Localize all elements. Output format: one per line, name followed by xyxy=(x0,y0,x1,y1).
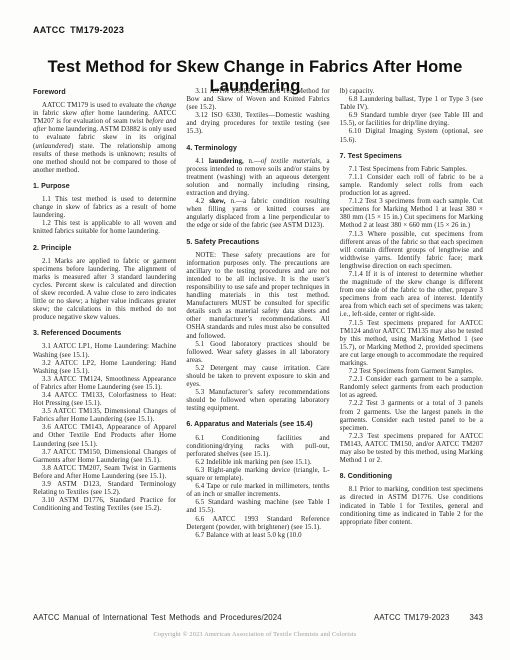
paragraph: 5.1 Good laboratory practices should be … xyxy=(186,341,329,365)
paragraph: 3.3 AATCC TM124, Smoothness Appearance o… xyxy=(33,376,176,392)
column-1: ForewordAATCC TM179 is used to evaluate … xyxy=(33,88,176,609)
paragraph: 6.3 Right-angle marking device (triangle… xyxy=(186,467,329,483)
paragraph: 6.2 Indelible ink marking pen (see 15.1)… xyxy=(186,459,329,467)
paragraph: 2.1 Marks are applied to fabric or garme… xyxy=(33,258,176,323)
paragraph: 3.1 AATCC LP1, Home Laundering: Machine … xyxy=(33,343,176,359)
paragraph: 1.1 This test method is used to determin… xyxy=(33,196,176,220)
section-heading: 1. Purpose xyxy=(33,183,176,191)
paragraph: 6.7 Balance with at least 5.0 kg (10.0 xyxy=(186,532,329,540)
paragraph: 6.9 Standard tumble dryer (see Table III… xyxy=(340,112,483,128)
paragraph: 7.1.1 Consider each roll of fabric to be… xyxy=(340,174,483,198)
paragraph: 3.6 AATCC TM143, Appearance of Apparel a… xyxy=(33,424,176,448)
paragraph: 7.1.5 Test specimens prepared for AATCC … xyxy=(340,320,483,369)
paragraph: 3.8 AATCC TM207, Seam Twist in Garments … xyxy=(33,465,176,481)
footer-right-group: AATCC TM179-2023 343 xyxy=(374,613,483,622)
paragraph: 3.7 AATCC TM150, Dimensional Changes of … xyxy=(33,449,176,465)
paragraph: 1.2 This test is applicable to all woven… xyxy=(33,220,176,236)
paragraph: 3.4 AATCC TM133, Colorfastness to Heat: … xyxy=(33,392,176,408)
paragraph: 6.8 Laundering ballast, Type 1 or Type 3… xyxy=(340,96,483,112)
section-heading: 5. Safety Precautions xyxy=(186,239,329,247)
section-heading: Foreword xyxy=(33,89,176,97)
paragraph: 3.2 AATCC LP2, Home Laundering: Hand Was… xyxy=(33,360,176,376)
paragraph: 3.5 AATCC TM135, Dimensional Changes of … xyxy=(33,408,176,424)
paragraph: 7.1 Test Specimens from Fabric Samples. xyxy=(340,166,483,174)
footer-doc-code: AATCC TM179-2023 xyxy=(374,613,449,622)
paragraph: lb) capacity. xyxy=(340,88,483,96)
section-heading: 7. Test Specimens xyxy=(340,153,483,161)
paragraph: 6.5 Standard washing machine (see Table … xyxy=(186,499,329,515)
paragraph: 6.1 Conditioning facilities and conditio… xyxy=(186,435,329,459)
column-2: 3.11 ASTM D3882, Standard Test Method fo… xyxy=(186,88,329,609)
column-3: lb) capacity.6.8 Laundering ballast, Typ… xyxy=(340,88,483,609)
section-heading: 3. Referenced Documents xyxy=(33,330,176,338)
paragraph: 7.1.4 If it is of interest to determine … xyxy=(340,271,483,320)
paragraph: AATCC TM179 is used to evaluate the chan… xyxy=(33,102,176,175)
section-heading: 2. Principle xyxy=(33,245,176,253)
paragraph: 3.9 ASTM D123, Standard Terminology Rela… xyxy=(33,481,176,497)
footer: AATCC Manual of International Test Metho… xyxy=(33,613,483,622)
footer-manual-title: AATCC Manual of International Test Metho… xyxy=(33,613,282,622)
paragraph: 5.2 Detergent may cause irritation. Care… xyxy=(186,365,329,389)
section-heading: 8. Conditioning xyxy=(340,473,483,481)
paragraph: 7.2 Test Specimens from Garment Samples. xyxy=(340,368,483,376)
paragraph: 4.2 skew, n.—a fabric condition resultin… xyxy=(186,198,329,230)
paragraph: 3.11 ASTM D3882, Standard Test Method fo… xyxy=(186,88,329,112)
paragraph: 7.1.2 Test 3 specimens from each sample.… xyxy=(340,198,483,230)
paragraph: 7.1.3 Where possible, cut specimens from… xyxy=(340,231,483,271)
paragraph: 7.2.1 Consider each garment to be a samp… xyxy=(340,376,483,400)
body-columns: ForewordAATCC TM179 is used to evaluate … xyxy=(33,88,483,609)
paragraph: NOTE: These safety precautions are for i… xyxy=(186,252,329,341)
paragraph: 6.4 Tape or rule marked in millimeters, … xyxy=(186,483,329,499)
paragraph: 6.10 Digital Imaging System (optional, s… xyxy=(340,128,483,144)
section-heading: 6. Apparatus and Materials (see 15.4) xyxy=(186,421,329,429)
doc-code-header: AATCC TM179-2023 xyxy=(33,25,124,35)
copyright-notice: Copyright © 2023 American Association of… xyxy=(0,631,510,638)
section-heading: 4. Terminology xyxy=(186,145,329,153)
paragraph: 7.2.3 Test specimens prepared for AATCC … xyxy=(340,433,483,465)
paragraph: 3.10 ASTM D1776, Standard Practice for C… xyxy=(33,497,176,513)
paragraph: 4.1 laundering, n.—of textile materials,… xyxy=(186,158,329,198)
paragraph: 6.6 AATCC 1993 Standard Reference Deterg… xyxy=(186,516,329,532)
paragraph: 8.1 Prior to marking, condition test spe… xyxy=(340,486,483,526)
footer-page-number: 343 xyxy=(470,613,483,622)
document-page: AATCC TM179-2023 Test Method for Skew Ch… xyxy=(0,0,510,660)
paragraph: 7.2.2 Test 3 garments or a total of 3 pa… xyxy=(340,400,483,432)
paragraph: 3.12 ISO 6330, Textiles—Domestic washing… xyxy=(186,112,329,136)
paragraph: 5.3 Manufacturer’s safety recommendation… xyxy=(186,389,329,413)
